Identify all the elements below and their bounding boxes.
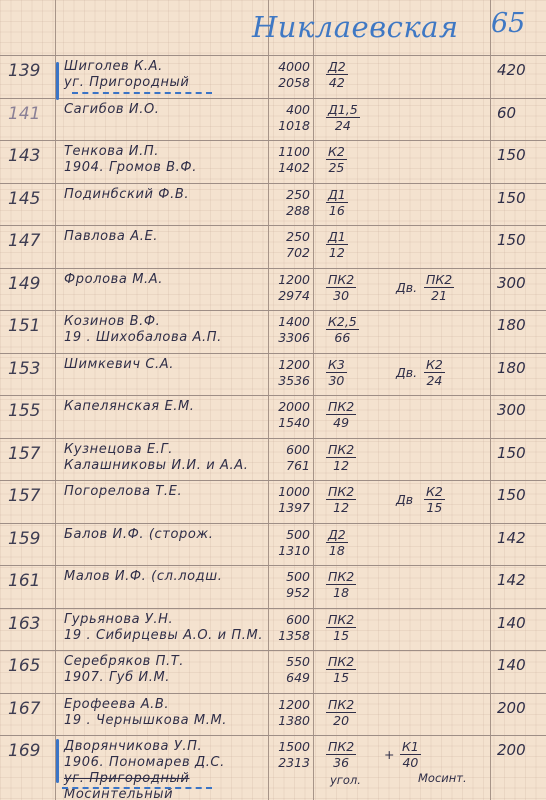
area-value: 288	[272, 203, 310, 219]
ledger-row: 147Павлова А.Е.250702Д112150	[0, 225, 546, 267]
ledger-row: 151Козинов В.Ф.19 . Шихобалова А.П.14003…	[0, 310, 546, 352]
owner-name-line: 1907. Губ И.М.	[64, 670, 184, 686]
area-value: 1000	[272, 484, 310, 500]
area-value: 1500	[272, 739, 310, 755]
owner-name-line: Гурьянова У.Н.	[64, 612, 263, 628]
code-numerator: К2	[424, 357, 445, 373]
building-code: ПК215	[326, 612, 356, 643]
code-denominator: 21	[424, 288, 454, 303]
area-value: 500	[272, 569, 310, 585]
plot-area: 550649	[272, 654, 310, 686]
owner-name-line: Капелянская Е.М.	[64, 399, 195, 415]
building-code: ПК220	[326, 697, 356, 728]
area-value: 1100	[272, 144, 310, 160]
building-code: Д112	[326, 229, 348, 260]
code-numerator: ПК2	[424, 272, 454, 288]
assessed-value: 420	[497, 61, 526, 79]
owner-names: Погорелова Т.Е.	[64, 484, 182, 500]
plot-area: 6001358	[272, 612, 310, 644]
area-value: 1018	[272, 118, 310, 134]
code-numerator: К2	[424, 484, 445, 500]
ledger-row: 155Капелянская Е.М.20001540ПК249300	[0, 395, 546, 437]
assessed-value: 140	[497, 614, 526, 632]
code-denominator: 15	[424, 500, 445, 515]
code-numerator: Д2	[326, 59, 348, 75]
owner-name-line: Балов И.Ф. (сторож.	[64, 527, 213, 543]
owner-name-line: Ерофеева А.В.	[64, 697, 227, 713]
area-value: 952	[272, 585, 310, 601]
area-value: 3306	[272, 330, 310, 346]
code-numerator: ПК2	[326, 569, 356, 585]
plot-area: 500952	[272, 569, 310, 601]
area-value: 1358	[272, 628, 310, 644]
plot-area: 4001018	[272, 102, 310, 134]
assessed-value: 60	[497, 104, 516, 122]
area-value: 1200	[272, 697, 310, 713]
area-value: 1200	[272, 357, 310, 373]
assessed-value: 150	[497, 444, 526, 462]
area-value: 600	[272, 612, 310, 628]
ledger-row: 157Погорелова Т.Е.10001397ПК212ДвК215150	[0, 480, 546, 522]
area-value: 2000	[272, 399, 310, 415]
plot-area: 20001540	[272, 399, 310, 431]
house-number: 149	[8, 274, 40, 294]
plot-area: 10001397	[272, 484, 310, 516]
ledger-page: Никлаевская 65 139Шиголев К.А.уг. Пригор…	[0, 0, 546, 800]
house-number: 155	[8, 401, 40, 421]
blue-underline-mark	[62, 787, 212, 789]
building-code: ПК230	[326, 272, 356, 303]
house-number: 161	[8, 571, 40, 591]
owner-name-line: Тенкова И.П.	[64, 144, 197, 160]
owner-names: Подинбский Ф.В.	[64, 187, 189, 203]
plot-area: 250288	[272, 187, 310, 219]
area-value: 250	[272, 229, 310, 245]
area-value: 1402	[272, 160, 310, 176]
owner-name-line: 19 . Шихобалова А.П.	[64, 330, 222, 346]
assessed-value: 200	[497, 699, 526, 717]
area-value: 702	[272, 245, 310, 261]
area-value: 2974	[272, 288, 310, 304]
owner-names: Кузнецова Е.Г.Калашниковы И.И. и А.А.	[64, 442, 248, 474]
code-denominator: 18	[326, 543, 348, 558]
house-number: 153	[8, 359, 40, 379]
street-title: Никлаевская	[252, 10, 459, 44]
area-value: 761	[272, 458, 310, 474]
code-numerator: К3	[326, 357, 347, 373]
area-value: 550	[272, 654, 310, 670]
building-code: К2,566	[326, 314, 359, 345]
extra-building-code: К140	[400, 739, 421, 770]
owner-name-line: Фролова М.А.	[64, 272, 163, 288]
area-value: 1200	[272, 272, 310, 288]
owner-names: Козинов В.Ф.19 . Шихобалова А.П.	[64, 314, 222, 346]
code-denominator: 66	[326, 330, 359, 345]
ledger-row: 163Гурьянова У.Н.19 . Сибирцевы А.О. и П…	[0, 608, 546, 650]
owner-name-line: 1904. Громов В.Ф.	[64, 160, 197, 176]
building-code: Д218	[326, 527, 348, 558]
building-code: Д242	[326, 59, 348, 90]
owner-name-line: Шиголев К.А.	[64, 59, 189, 75]
plot-area: 250702	[272, 229, 310, 261]
owner-name-line: уг. Пригородный	[64, 75, 189, 91]
owner-names: Балов И.Ф. (сторож.	[64, 527, 213, 543]
house-number: 157	[8, 444, 40, 464]
ledger-row: 157Кузнецова Е.Г.Калашниковы И.И. и А.А.…	[0, 438, 546, 480]
area-value: 3536	[272, 373, 310, 389]
plot-area: 15002313	[272, 739, 310, 771]
ledger-row: 167Ерофеева А.В.19 . Чернышкова М.М.1200…	[0, 693, 546, 735]
plot-area: 600761	[272, 442, 310, 474]
owner-name-line: Козинов В.Ф.	[64, 314, 222, 330]
area-value: 1380	[272, 713, 310, 729]
building-code: К330	[326, 357, 347, 388]
code-numerator: ПК2	[326, 442, 356, 458]
owner-names: Фролова М.А.	[64, 272, 163, 288]
plot-area: 5001310	[272, 527, 310, 559]
owner-names: Павлова А.Е.	[64, 229, 158, 245]
code-denominator: 30	[326, 288, 356, 303]
ledger-row: 149Фролова М.А.12002974ПК230Дв.ПК221300	[0, 268, 546, 310]
owner-name-line: Павлова А.Е.	[64, 229, 158, 245]
ledger-row: 165Серебряков П.Т.1907. Губ И.М.550649ПК…	[0, 650, 546, 692]
owner-names: Капелянская Е.М.	[64, 399, 195, 415]
assessed-value: 150	[497, 146, 526, 164]
area-value: 4000	[272, 59, 310, 75]
code-denominator: 16	[326, 203, 348, 218]
owner-name-line: Подинбский Ф.В.	[64, 187, 189, 203]
area-value: 600	[272, 442, 310, 458]
owner-names: Малов И.Ф. (сл.лодш.	[64, 569, 223, 585]
code-numerator: ПК2	[326, 399, 356, 415]
extra-building-code: ПК221	[424, 272, 454, 303]
plot-area: 12003536	[272, 357, 310, 389]
blue-margin-mark	[56, 739, 59, 783]
extra-prefix: +	[384, 747, 394, 762]
code-denominator: 30	[326, 373, 347, 388]
house-number: 167	[8, 699, 40, 719]
area-value: 2313	[272, 755, 310, 771]
code-denominator: 12	[326, 245, 348, 260]
assessed-value: 140	[497, 656, 526, 674]
plot-area: 14003306	[272, 314, 310, 346]
code-numerator: К1	[400, 739, 421, 755]
blue-margin-mark	[56, 62, 59, 100]
blue-underline-mark	[72, 92, 212, 94]
code-numerator: Д2	[326, 527, 348, 543]
building-code: ПК249	[326, 399, 356, 430]
building-code: Д1,524	[326, 102, 360, 133]
owner-name-line: Малов И.Ф. (сл.лодш.	[64, 569, 223, 585]
area-value: 500	[272, 527, 310, 543]
area-value: 1310	[272, 543, 310, 559]
assessed-value: 150	[497, 486, 526, 504]
note-corner: угол.	[330, 773, 361, 787]
house-number: 145	[8, 189, 40, 209]
code-numerator: ПК2	[326, 272, 356, 288]
house-number: 165	[8, 656, 40, 676]
code-denominator: 36	[326, 755, 356, 770]
building-code: ПК218	[326, 569, 356, 600]
assessed-value: 300	[497, 401, 526, 419]
owner-names: Серебряков П.Т.1907. Губ И.М.	[64, 654, 184, 686]
ledger-row: 141Сагибов И.О.4001018Д1,52460	[0, 98, 546, 140]
code-denominator: 20	[326, 713, 356, 728]
owner-names: Шиголев К.А.уг. Пригородный	[64, 59, 189, 91]
ledger-row: 145Подинбский Ф.В.250288Д116150	[0, 183, 546, 225]
owner-name-line: Сагибов И.О.	[64, 102, 160, 118]
ledger-row: 153Шимкевич С.А.12003536К330Дв.К224180	[0, 353, 546, 395]
code-numerator: Д1,5	[326, 102, 360, 118]
code-denominator: 42	[326, 75, 348, 90]
code-denominator: 25	[326, 160, 347, 175]
code-denominator: 24	[326, 118, 360, 133]
assessed-value: 142	[497, 571, 526, 589]
building-code: Д116	[326, 187, 348, 218]
assessed-value: 150	[497, 189, 526, 207]
code-numerator: К2,5	[326, 314, 359, 330]
area-value: 649	[272, 670, 310, 686]
house-number: 157	[8, 486, 40, 506]
plot-area: 40002058	[272, 59, 310, 91]
code-denominator: 12	[326, 500, 356, 515]
area-value: 1540	[272, 415, 310, 431]
code-denominator: 49	[326, 415, 356, 430]
house-number: 143	[8, 146, 40, 166]
note-mosint: Мосинт.	[418, 771, 467, 785]
owner-names: Гурьянова У.Н.19 . Сибирцевы А.О. и П.М.	[64, 612, 263, 644]
plot-area: 12002974	[272, 272, 310, 304]
area-value: 400	[272, 102, 310, 118]
owner-name-line: Погорелова Т.Е.	[64, 484, 182, 500]
code-numerator: Д1	[326, 187, 348, 203]
owner-names: Шимкевич С.А.	[64, 357, 174, 373]
ledger-row: 143Тенкова И.П.1904. Громов В.Ф.11001402…	[0, 140, 546, 182]
owner-name-line: Шимкевич С.А.	[64, 357, 174, 373]
area-value: 250	[272, 187, 310, 203]
building-code: ПК236	[326, 739, 356, 770]
code-denominator: 18	[326, 585, 356, 600]
building-code: К225	[326, 144, 347, 175]
owner-name-line: уг. Пригородный	[64, 771, 225, 787]
code-numerator: ПК2	[326, 697, 356, 713]
building-code: ПК215	[326, 654, 356, 685]
owner-name-line: Серебряков П.Т.	[64, 654, 184, 670]
owner-name-line: 19 . Чернышкова М.М.	[64, 713, 227, 729]
code-denominator: 12	[326, 458, 356, 473]
assessed-value: 180	[497, 359, 526, 377]
extra-building-code: К215	[424, 484, 445, 515]
code-numerator: ПК2	[326, 654, 356, 670]
house-number: 169	[8, 741, 40, 761]
assessed-value: 300	[497, 274, 526, 292]
page-number: 65	[491, 8, 525, 39]
assessed-value: 180	[497, 316, 526, 334]
code-denominator: 24	[424, 373, 445, 388]
owner-name-line: 1906. Пономарев Д.С.	[64, 755, 225, 771]
ledger-row: 159Балов И.Ф. (сторож.5001310Д218142	[0, 523, 546, 565]
code-denominator: 15	[326, 670, 356, 685]
house-number: 147	[8, 231, 40, 251]
house-number: 151	[8, 316, 40, 336]
assessed-value: 200	[497, 741, 526, 759]
code-numerator: Д1	[326, 229, 348, 245]
code-denominator: 40	[400, 755, 421, 770]
ledger-row: 169Дворянчикова У.П.1906. Пономарев Д.С.…	[0, 735, 546, 800]
house-number: 139	[8, 61, 40, 81]
ledger-row: 139Шиголев К.А.уг. Пригородный40002058Д2…	[0, 55, 546, 97]
ledger-row: 161Малов И.Ф. (сл.лодш.500952ПК218142	[0, 565, 546, 607]
owner-name-line: Кузнецова Е.Г.	[64, 442, 248, 458]
owner-names: Дворянчикова У.П.1906. Пономарев Д.С.уг.…	[64, 739, 225, 800]
code-numerator: К2	[326, 144, 347, 160]
plot-area: 12001380	[272, 697, 310, 729]
area-value: 2058	[272, 75, 310, 91]
extra-prefix: Дв.	[396, 280, 417, 295]
area-value: 1397	[272, 500, 310, 516]
code-numerator: ПК2	[326, 612, 356, 628]
owner-names: Тенкова И.П.1904. Громов В.Ф.	[64, 144, 197, 176]
plot-area: 11001402	[272, 144, 310, 176]
owner-name-line: Дворянчикова У.П.	[64, 739, 225, 755]
building-code: ПК212	[326, 484, 356, 515]
assessed-value: 150	[497, 231, 526, 249]
owner-names: Ерофеева А.В.19 . Чернышкова М.М.	[64, 697, 227, 729]
code-numerator: ПК2	[326, 739, 356, 755]
code-denominator: 15	[326, 628, 356, 643]
owner-name-line: Калашниковы И.И. и А.А.	[64, 458, 248, 474]
code-numerator: ПК2	[326, 484, 356, 500]
house-number: 163	[8, 614, 40, 634]
house-number: 141	[8, 104, 40, 124]
extra-prefix: Дв.	[396, 365, 417, 380]
extra-prefix: Дв	[396, 492, 413, 507]
extra-building-code: К224	[424, 357, 445, 388]
owner-names: Сагибов И.О.	[64, 102, 160, 118]
assessed-value: 142	[497, 529, 526, 547]
area-value: 1400	[272, 314, 310, 330]
owner-name-line: 19 . Сибирцевы А.О. и П.М.	[64, 628, 263, 644]
house-number: 159	[8, 529, 40, 549]
building-code: ПК212	[326, 442, 356, 473]
